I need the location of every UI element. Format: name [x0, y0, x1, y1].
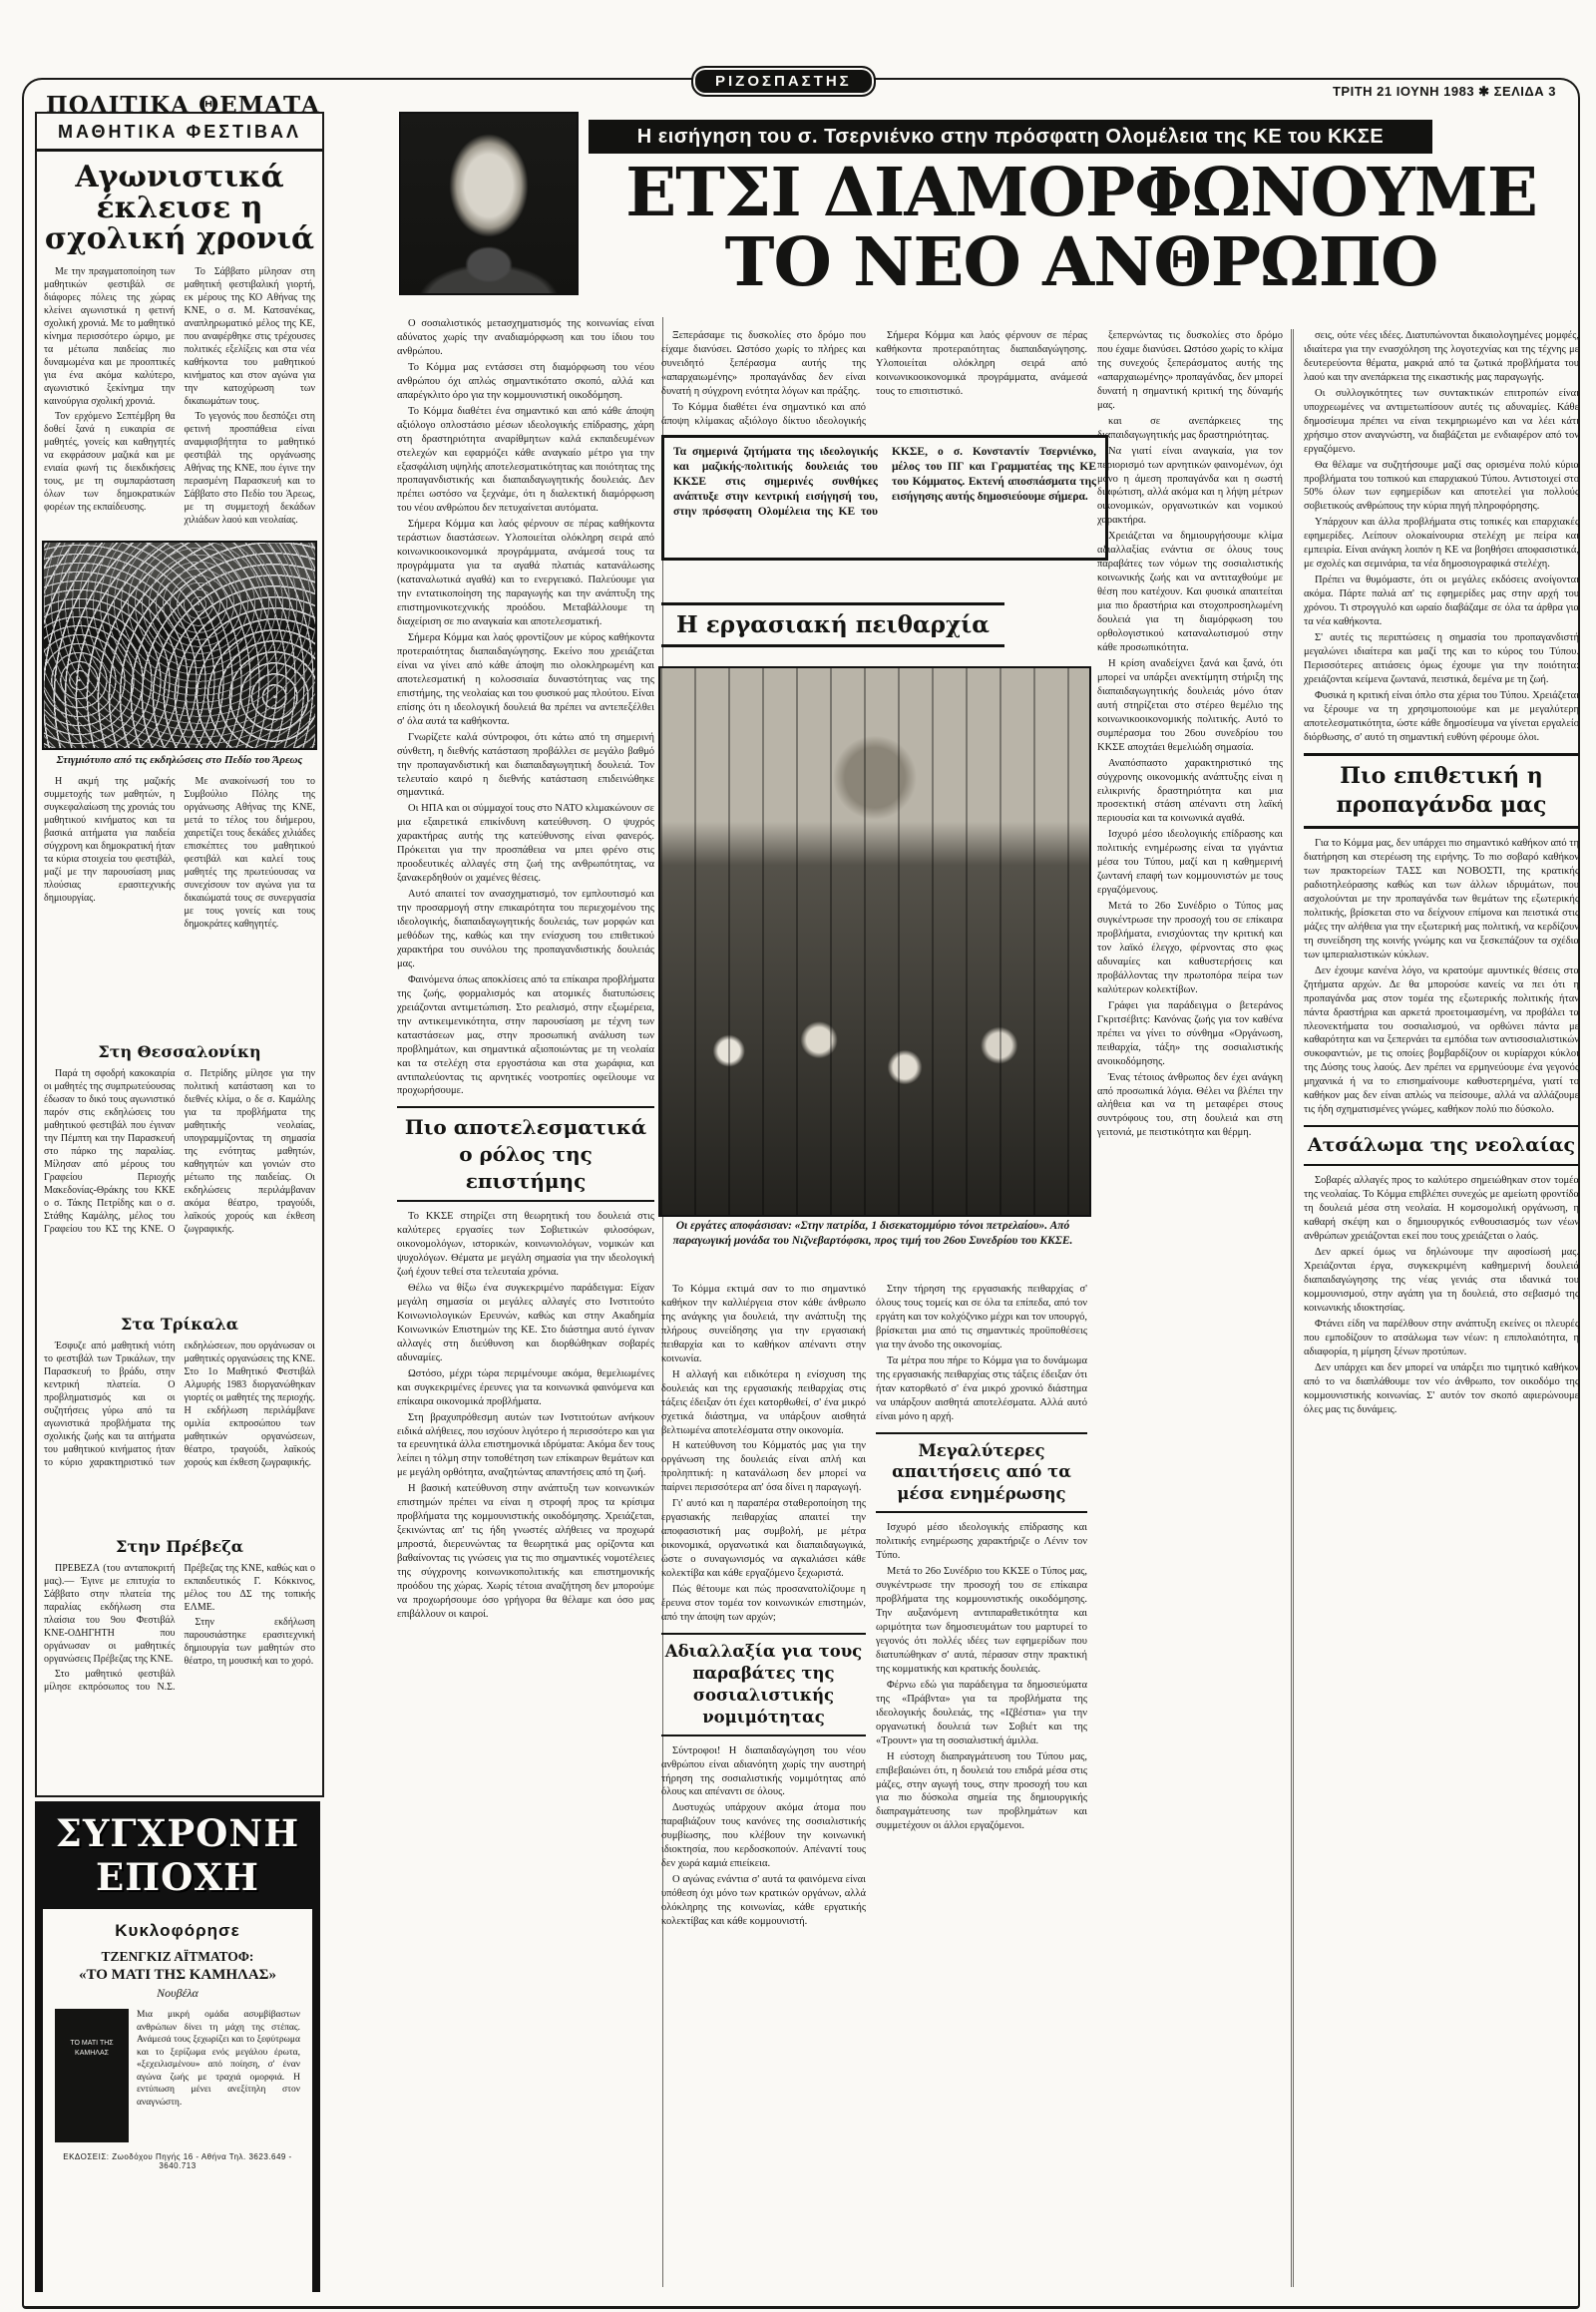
paragraph: Στην τήρηση της εργασιακής πειθαρχίας σ'…: [876, 1283, 1087, 1352]
ad-released-label: Κυκλοφόρησε: [55, 1921, 300, 1941]
paragraph: Η εύστοχη διαπραγμάτευση του Τύπου μας, …: [876, 1750, 1087, 1834]
paragraph: Αναπόσπαστο χαρακτηριστικό της σύγχρονης…: [1097, 757, 1283, 827]
paragraph: Φαινόμενα όπως αποκλίσεις από τα επίκαιρ…: [397, 973, 654, 1099]
article-body: Η ακμή της μαζικής συμμετοχής των μαθητώ…: [37, 773, 322, 1034]
student-festival-article: ΜΑΘΗΤΙΚΑ ΦΕΣΤΙΒΑΛ Αγωνιστικά έκλεισε η σ…: [35, 112, 324, 1797]
dateline: ΤΡΙΤΗ 21 ΙΟΥΝΗ 1983 ✱ ΣΕΛΙΔΑ 3: [1333, 84, 1556, 100]
publisher-brand: ΣΥΓΧΡΟΝΗ ΕΠΟΧΗ: [35, 1801, 320, 1905]
media-paragraphs: Ισχυρό μέσο ιδεολογικής επίδρασης και πο…: [876, 1521, 1087, 1833]
main-column-1: Ο σοσιαλιστικός μετασχηματισμός της κοιν…: [397, 317, 663, 2287]
paragraph: Η αλλαγή και ειδικότερα η ενίσχυση της δ…: [661, 1368, 866, 1438]
paragraph: Γράφει για παράδειγμα ο βετεράνος Γκριτσ…: [1097, 999, 1283, 1069]
paragraph: και σε ανεπάρκειες της διαπαιδαγωγητικής…: [1097, 415, 1283, 443]
paragraph: Το ΚΚΣΕ στηρίζει στη θεωρητική του δουλε…: [397, 1210, 654, 1280]
paragraph: Το γεγονός που δεσπόζει στη φετινή προσπ…: [185, 410, 316, 527]
paragraph: Ο σοσιαλιστικός μετασχηματισμός της κοιν…: [397, 317, 654, 359]
newspaper-page: ΠΟΛΙΤΙΚΑ ΘΕΜΑΤΑ ΡΙΖΟΣΠΑΣΤΗΣ ΤΡΙΤΗ 21 ΙΟΥ…: [0, 0, 1596, 2312]
paragraph: Φτάνει είδη να παρέλθουν στην ανάπτυξη ε…: [1304, 1318, 1579, 1359]
paragraph: Το Κόμμα εκτιμά σαν το πιο σημαντικό καθ…: [661, 1283, 866, 1366]
main-headline-line1: ΕΤΣΙ ΔΙΑΜΟΡΦΩΝΟΥΜΕ: [585, 158, 1578, 227]
paragraph: Ο αγώνας ενάντια σ' αυτά τα φαινόμενα εί…: [661, 1873, 866, 1929]
paragraph: Για το Κόμμα μας, δεν υπάρχει πιο σημαντ…: [1304, 837, 1579, 963]
subhead-preveza: Στην Πρέβεζα: [41, 1537, 318, 1556]
main-column-2-bottom: Το Κόμμα εκτιμά σαν το πιο σημαντικό καθ…: [661, 1283, 866, 2287]
paragraph: Γνωρίζετε καλά σύντροφοι, ότι κάτω από τ…: [397, 731, 654, 801]
science-heading: Πιο αποτελεσματικά ο ρόλος της επιστήμης: [397, 1106, 654, 1202]
paragraph: Το Κόμμα διαθέτει ένα σημαντικό και από …: [661, 401, 866, 429]
paragraph: Σήμερα Κόμμα και λαός φέρνουν σε πέρας κ…: [876, 329, 1087, 399]
paragraph: Οι συλλογικότητες των συντακτικών επιτρο…: [1304, 387, 1579, 457]
ad-book-genre: Νουβέλα: [55, 1986, 300, 2001]
article-headline: Αγωνιστικά έκλεισε η σχολική χρονιά: [43, 162, 316, 255]
subhead-trikala: Στα Τρίκαλα: [41, 1315, 318, 1334]
main-column-3-bottom: Στην τήρηση της εργασιακής πειθαρχίας σ'…: [876, 1283, 1087, 2287]
paragraph: Να γιατί είναι αναγκαία, για τον περιορι…: [1097, 445, 1283, 529]
oil-workers-photo: [658, 666, 1091, 1217]
paragraph: Αυτό απαιτεί τον ανασχηματισμό, τον εμπλ…: [397, 888, 654, 971]
c2b-paragraphs: Το Κόμμα εκτιμά σαν το πιο σημαντικό καθ…: [661, 1283, 866, 1625]
paragraph: Μετά το 26ο Συνέδριο ο Τύπος μας συγκέντ…: [1097, 900, 1283, 997]
paragraph: Πρέπει να θυμόμαστε, ότι οι μεγάλες εκδό…: [1304, 574, 1579, 629]
book-cover-thumbnail: ΤΟ ΜΑΤΙ ΤΗΣ ΚΑΜΗΛΑΣ: [55, 2009, 129, 2142]
paragraph: Η βασική κατεύθυνση στην ανάπτυξη των κο…: [397, 1482, 654, 1622]
col5-top-paragraphs: σεις, ούτε νέες ιδέες. Διατυπώνονται δικ…: [1304, 329, 1579, 745]
article-kicker: ΜΑΘΗΤΙΚΑ ΦΕΣΤΙΒΑΛ: [37, 114, 322, 152]
paragraph: Ένας τέτοιος άνθρωπος δεν έχει ανάγκη απ…: [1097, 1071, 1283, 1141]
subhead-thessaloniki: Στη Θεσσαλονίκη: [41, 1042, 318, 1061]
paragraph: σεις, ούτε νέες ιδέες. Διατυπώνονται δικ…: [1304, 329, 1579, 385]
publisher-address: ΕΚΔΟΣΕΙΣ: Ζωοδόχου Πηγής 16 - Αθήνα Τηλ.…: [55, 2152, 300, 2170]
paragraph: ξεπερνώντας τις δυσκολίες στο δρόμο που …: [1097, 329, 1283, 413]
legality-heading: Αδιαλλαξία για τους παραβάτες της σοσιαλ…: [661, 1633, 866, 1736]
paragraph: Στη βραχυπρόθεσμη αυτών των Ινστιτούτων …: [397, 1411, 654, 1481]
paragraph: Το Σάββατο μίλησαν στη μαθητική φεστιβαλ…: [185, 265, 316, 408]
media-heading: Μεγαλύτερες απαιτήσεις από τα μέσα ενημέ…: [876, 1432, 1087, 1514]
col1-paragraphs: Ο σοσιαλιστικός μετασχηματισμός της κοιν…: [397, 317, 654, 1098]
crowd-photo-caption: Στιγμιότυπο από τις εκδηλώσεις στο Πεδίο…: [45, 754, 314, 768]
paragraph: Η κρίση αναδείχνει ξανά και ξανά, ότι μπ…: [1097, 657, 1283, 755]
ad-book-title: «ΤΟ ΜΑΤΙ ΤΗΣ ΚΑΜΗΛΑΣ»: [55, 1967, 300, 1984]
paragraph: Σύντροφοι! Η διαπαιδαγώγηση του νέου ανθ…: [661, 1744, 866, 1800]
paragraph: Ισχυρό μέσο ιδεολογικής επίδρασης και πο…: [1097, 828, 1283, 898]
article-intro: Με την πραγματοποίηση των μαθητικών φεστ…: [37, 263, 322, 535]
paragraph: Θα θέλαμε να συζητήσουμε μαζί σας ορισμέ…: [1304, 459, 1579, 515]
main-column-4: ξεπερνώντας τις δυσκολίες στο δρόμο που …: [1097, 329, 1292, 2287]
chernenko-portrait-photo: [399, 112, 579, 295]
paragraph: Στην εκδήλωση παρουσιάστηκε ερασιτεχνική…: [185, 1616, 316, 1668]
paragraph: Υπάρχουν και άλλα προβλήματα στις τοπικέ…: [1304, 516, 1579, 572]
main-column-2-top: Ξεπεράσαμε τις δυσκολίες στο δρόμο που ε…: [661, 329, 866, 429]
paragraph: Χρειάζεται να δημιουργήσουμε κλίμα αδιαλ…: [1097, 530, 1283, 655]
paragraph: Μετά το 26ο Συνέδριο του ΚΚΣΕ ο Τύπος μα…: [876, 1565, 1087, 1677]
propaganda-heading: Πιο επιθετική η προπαγάνδα μας: [1304, 753, 1579, 830]
paragraph: Δυστυχώς υπάρχουν ακόμα άτομα που παραβι…: [661, 1801, 866, 1871]
main-kicker-band: Η εισήγηση του σ. Τσερνιένκο στην πρόσφα…: [589, 120, 1432, 154]
main-column-3-top: Σήμερα Κόμμα και λαός φέρνουν σε πέρας κ…: [876, 329, 1087, 429]
main-headline: ΕΤΣΙ ΔΙΑΜΟΡΦΩΝΟΥΜΕ ΤΟ ΝΕΟ ΑΝΘΡΩΠΟ: [585, 158, 1578, 296]
legality-paragraphs: Σύντροφοι! Η διαπαιδαγώγηση του νέου ανθ…: [661, 1744, 866, 1929]
paragraph: ΠΡΕΒΕΖΑ (του ανταποκριτή μας).— Έγινε με…: [44, 1562, 176, 1666]
intro-summary-box: Τα σημερινά ζητήματα της ιδεολογικής και…: [661, 435, 1108, 561]
paragraph: Σήμερα Κόμμα και λαός φέρνουν σε πέρας κ…: [397, 518, 654, 629]
paragraph: Με την πραγματοποίηση των μαθητικών φεστ…: [44, 265, 176, 408]
ad-blurb: Μια μικρή ομάδα ασυμβίβαστων ανθρώπων δί…: [137, 2009, 300, 2142]
paragraph: Φυσικά η κριτική είναι όπλο στα χέρια το…: [1304, 689, 1579, 745]
section-thessaloniki: Παρά τη σφοδρή κακοκαιρία οι μαθητές της…: [37, 1065, 322, 1307]
paragraph: Θέλω να θίξω ένα συγκεκριμένο παράδειγμα…: [397, 1282, 654, 1365]
oil-workers-caption: Οι εργάτες αποφάσισαν: «Στην πατρίδα, 1 …: [658, 1219, 1087, 1249]
paragraph: Φέρνω εδώ για παράδειγμα τα δημοσιεύματα…: [876, 1679, 1087, 1748]
paragraph: Σήμερα Κόμμα και λαός φροντίζουν με κύρο…: [397, 631, 654, 729]
paragraph: Γι' αυτό και η παραπέρα σταθεροποίηση τη…: [661, 1497, 866, 1581]
paragraph: Σοβαρές αλλαγές προς το καλύτερο σημειώθ…: [1304, 1174, 1579, 1244]
paragraph: Το Κόμμα διαθέτει ένα σημαντικό και από …: [397, 405, 654, 517]
crowd-photo: [42, 541, 317, 750]
paragraph: Οι ΗΠΑ και οι σύμμαχοί τους στο ΝΑΤΟ κλι…: [397, 802, 654, 886]
youth-paragraphs: Σοβαρές αλλαγές προς το καλύτερο σημειώθ…: [1304, 1174, 1579, 1416]
main-column-5: σεις, ούτε νέες ιδέες. Διατυπώνονται δικ…: [1293, 329, 1579, 2287]
paragraph: Σ' αυτές τις περιπτώσεις η σημασία του π…: [1304, 631, 1579, 687]
paragraph: Ισχυρό μέσο ιδεολογικής επίδρασης και πο…: [876, 1521, 1087, 1563]
paragraph: Δεν αρκεί όμως να δηλώνουμε την αφοσίωσή…: [1304, 1246, 1579, 1316]
paragraph: Το Κόμμα μας εντάσσει στη διαμόρφωση του…: [397, 361, 654, 403]
main-headline-line2: ΤΟ ΝΕΟ ΑΝΘΡΩΠΟ: [585, 227, 1578, 297]
section-preveza: ΠΡΕΒΕΖΑ (του ανταποκριτή μας).— Έγινε με…: [37, 1560, 322, 1763]
paragraph: Με ανακοίνωσή του το Συμβούλιο Πόλης της…: [185, 775, 316, 931]
paragraph: Τον ερχόμενο Σεπτέμβρη θα δοθεί ξανά η ε…: [44, 410, 176, 514]
science-paragraphs: Το ΚΚΣΕ στηρίζει στη θεωρητική του δουλε…: [397, 1210, 654, 1622]
paragraph: Δεν έχουμε κανένα λόγο, να κρατούμε αμυν…: [1304, 964, 1579, 1117]
discipline-heading: Η εργασιακή πειθαρχία: [661, 602, 1004, 647]
paragraph: Δεν υπάρχει και δεν μπορεί να υπάρξει πι…: [1304, 1361, 1579, 1417]
propaganda-paragraphs: Για το Κόμμα μας, δεν υπάρχει πιο σημαντ…: [1304, 837, 1579, 1117]
paragraph: Ξεπεράσαμε τις δυσκολίες στο δρόμο που ε…: [661, 329, 866, 399]
paragraph: Τα μέτρα που πήρε το Κόμμα για το δυνάμω…: [876, 1354, 1087, 1424]
youth-heading: Ατσάλωμα της νεολαίας: [1304, 1125, 1579, 1166]
paragraph: Έσφυζε από μαθητική νιότη το φεστιβάλ τω…: [44, 1340, 315, 1470]
paragraph: Η ακμή της μαζικής συμμετοχής των μαθητώ…: [44, 775, 176, 905]
c3b-paragraphs: Στην τήρηση της εργασιακής πειθαρχίας σ'…: [876, 1283, 1087, 1424]
paragraph: Η κατεύθυνση του Κόμματός μας για την ορ…: [661, 1439, 866, 1495]
synchroni-epochi-ad: ΣΥΓΧΡΟΝΗ ΕΠΟΧΗ Κυκλοφόρησε ΤΖΕΝΓΚΙΖ ΑΪΤΜ…: [35, 1801, 320, 2292]
paragraph: Πώς θέτουμε και πώς προσανατολίζουμε η έ…: [661, 1583, 866, 1625]
ad-panel: Κυκλοφόρησε ΤΖΕΝΓΚΙΖ ΑΪΤΜΑΤΟΦ: «ΤΟ ΜΑΤΙ …: [43, 1909, 312, 2292]
section-trikala: Έσφυζε από μαθητική νιότη το φεστιβάλ τω…: [37, 1338, 322, 1529]
paragraph: Παρά τη σφοδρή κακοκαιρία οι μαθητές της…: [44, 1067, 315, 1237]
paragraph: Ωστόσο, μέχρι τώρα περιμένουμε ακόμα, θε…: [397, 1367, 654, 1409]
masthead-pill: ΡΙΖΟΣΠΑΣΤΗΣ: [691, 66, 876, 97]
ad-book-author: ΤΖΕΝΓΚΙΖ ΑΪΤΜΑΤΟΦ:: [55, 1949, 300, 1965]
